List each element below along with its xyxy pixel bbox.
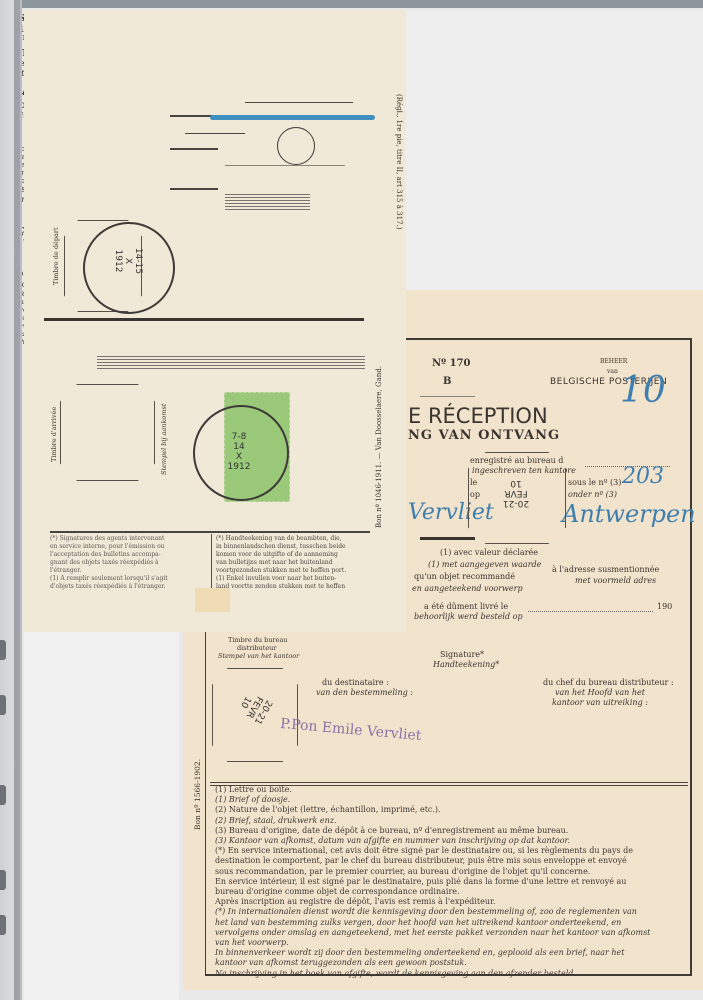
field-line [185,133,245,134]
adresse-label: à l'adresse susmentionnée [552,565,659,574]
recommande-label: qu'un objet recommandé [414,572,515,581]
year-suffix: 190 [657,602,672,611]
blue-crayon-mark [210,115,375,120]
form-title-fr: E RÉCEPTION [408,404,548,428]
form-number: Nº 170 [432,358,471,369]
divider [420,537,475,540]
footnote-line: en service interne, pour l'émission ou [50,543,208,551]
footnote-line: (3) Kantoor van afkomst, datum van afgif… [215,836,690,846]
form-series: B [443,376,451,387]
footnote-line: l'acceptation des bulletins accompa- [50,551,208,559]
hinge-remnant [195,588,230,612]
divider [170,148,218,150]
divider [420,396,475,397]
date-field-line [528,610,653,612]
footnote-line: Après inscription au registre de dépôt, … [215,897,690,907]
circled-number [277,127,315,165]
binder-hole [0,695,6,715]
footnote-nl: (*) Handteekening van de beambten, die,i… [216,535,371,599]
footnote-line: vervolgens onder omslag en aangeteekend,… [215,928,690,938]
chef-label: du chef du bureau distributeur : [543,678,674,687]
destinataire-label-nl: van den bestemmeling : [316,688,413,697]
timbre-bureau-label: distributeur [237,644,276,652]
footnote-line: sous recommandation, par le premier cour… [215,867,690,877]
footnote-line: (3) Bureau d'origine, date de dépôt à ce… [215,826,690,836]
timbre-depart-label: Timbre de départ [52,227,60,285]
anvers-postmark-text: 20-21FEVR10 [478,478,554,508]
footnote-line: (2) Nature de l'objet (lettre, échantill… [215,805,690,815]
section-divider [44,318,364,321]
valeur-label-nl: (1) met aangegeven waarde [428,560,541,569]
footnote-line: In binnenverkeer wordt zij door den best… [215,948,690,958]
footnote-line: Na inschrijving in het boek van afgifte,… [215,969,690,979]
departure-postmark-text: 14-15X1912 [113,233,143,289]
footer-column-divider [211,534,212,589]
footnote-line: (*) En service international, cet avis d… [215,846,690,856]
footnotes: (1) Lettre ou boîte.(1) Brief of doosje.… [215,785,690,979]
footnote-line: (*) Handteekening van de beambten, die, [216,535,371,543]
signature-label-nl: Handteekening* [433,660,499,669]
field-line [225,165,345,166]
footnote-line: (1) Lettre ou boîte. [215,785,690,795]
timbre-bureau-label-nl: Stempel van het kantoor [218,652,299,660]
destinataire-label: du destinataire : [322,678,389,687]
album-binder-rail [14,0,20,1000]
handwritten-reg-number: 203 [622,464,664,489]
footnote-line: land voortte zenden stukken met te heffe… [216,583,371,591]
binder-hole [0,785,6,805]
footnote-line: het land van bestemming zulks vergen, do… [215,918,690,928]
album-page-background [400,10,703,290]
footnote-line: (1) Brief of doosje. [215,795,690,805]
amount-field [225,194,310,210]
notes-divider [210,782,688,783]
valeur-label: (1) avec valeur déclarée [440,548,538,557]
footnote-line: (2) Brief, staal, drukwerk enz. [215,816,690,826]
handwritten-number: 10 [620,370,666,411]
divider [170,188,218,190]
recommande-label-nl: en aangeteekend voorwerp [412,584,523,593]
footnote-line: in binnenlandschen dienst, tusschen beid… [216,543,371,551]
arrival-postmark-text: 7-814X1912 [210,432,268,472]
footnote-line: bureau d'origine comme objet de correspo… [215,887,690,897]
admin-label: BEHEER [600,358,627,365]
album-top-edge [0,0,703,8]
chef-label-nl: kantoor van uitreiking : [552,698,648,707]
footnote-line: destination le comportent, par le chef d… [215,856,690,866]
stempel-aankomst-label: Stempel bij aankomst [160,404,168,475]
timbre-bureau-label: Timbre du bureau [228,636,288,644]
footnote-line: (*) In internationalen dienst wordt die … [215,907,690,917]
footer-divider [50,531,370,533]
footnote-line: gnant des objets taxés réexpédiés à [50,559,208,567]
field-line [245,102,353,103]
footnote-line: van het voorwerp. [215,938,690,948]
timbre-arrivee-label: Timbre d'arrivée [50,407,58,462]
footnote-line: (*) Signatures des agents intervenant [50,535,208,543]
footnote-line: van bulletijns met naar het buitenland [216,559,371,567]
adresse-label-nl: met voormeld adres [575,576,656,585]
sous-no-label-nl: onder nº (3) [568,490,617,499]
footnote-line: d'objets taxés réexpédiés à l'étranger. [50,583,208,591]
footnote-line: voortgezonden stukken met te heffen port… [216,567,371,575]
printer-imprint: Bon nº 1046-1911. — Van Doosselaere, Gan… [375,366,383,528]
footnote-line: l'étranger. [50,567,208,575]
printer-imprint: Bon nº 1566-1902. [193,759,202,830]
amount-field [97,356,365,369]
livre-label-nl: behoorlijk werd besteld op [414,612,523,621]
footnote-line: komen voor de uitgifte of de aanneming [216,551,371,559]
album-page-blank-area [24,632,179,1000]
arrival-stamp-box [60,384,155,481]
footnote-line: (1) Enkel invullen voor naar het buiten- [216,575,371,583]
signature-label: Signature* [440,650,484,659]
sous-no-label: sous le nº (3) [568,478,621,487]
footnote-line: (1) A remplir seulement lorsqu'il s'agit [50,575,208,583]
handwritten-city: Antwerpen [562,500,696,528]
footnote-line: En service intérieur, il est signé par l… [215,877,690,887]
livre-label: a été dûment livré le [424,602,508,611]
footnote-line: port. [216,591,371,599]
footnote-line: kantoor van afkomst teruggezonden als ee… [215,958,690,968]
chef-label-nl: van het Hoofd van het [555,688,645,697]
admin-label: van [607,368,618,375]
binder-hole [0,915,6,935]
binder-hole [0,640,6,660]
form-title-nl: NG VAN ONTVANG [408,428,560,443]
regulation-reference: (Régl., 1re pie, titre II, art 315 à 317… [395,94,403,229]
frame-left-line [205,630,206,974]
binder-hole [0,870,6,890]
footnote-fr: (*) Signatures des agents intervenanten … [50,535,208,591]
